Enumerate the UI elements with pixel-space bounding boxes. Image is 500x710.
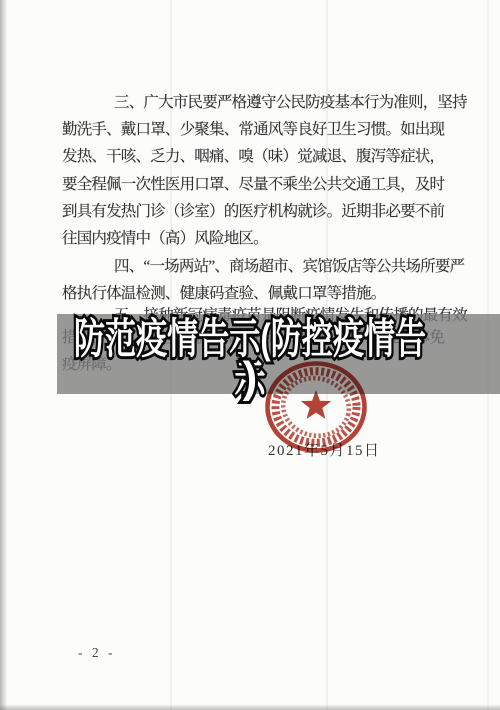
notice-line: 格执行体温检测、健康码查验、佩戴口罩等措施。 — [62, 281, 385, 303]
scan-edge-shadow-bottom — [0, 704, 500, 710]
scanned-document-page: 三、广大市民要严格遵守公民防疫基本行为准则，坚持 勤洗手、戴口罩、少聚集、常通风… — [0, 0, 500, 710]
overlay-title: 防范疫情告示(防控疫情告示防范疫情告示(防控疫情告示 )) — [0, 318, 500, 400]
page-number: - 2 - — [78, 645, 116, 661]
official-seal-stamp — [264, 360, 368, 454]
notice-line: 发热、干咳、乏力、咽痛、嗅（味）觉减退、腹泻等症状， — [62, 144, 444, 166]
notice-line: 要全程佩一次性医用口罩、尽量不乘坐公共交通工具，及时 — [62, 172, 444, 194]
notice-line: 四、“一场两站”、商场超市、宾馆饭店等公共场所要严 — [114, 254, 464, 276]
notice-line: 勤洗手、戴口罩、少聚集、常通风等良好卫生习惯。如出现 — [62, 117, 444, 139]
seal-star-icon — [301, 390, 331, 419]
notice-line: 往国内疫情中（高）风险地区。 — [62, 226, 268, 248]
notice-line: 到具有发热门诊（诊室）的医疗机构就诊。近期非必要不前 — [62, 199, 444, 221]
overlay-title-close-text: ) — [243, 353, 258, 402]
notice-line: 三、广大市民要严格遵守公民防疫基本行为准则，坚持 — [114, 90, 467, 112]
